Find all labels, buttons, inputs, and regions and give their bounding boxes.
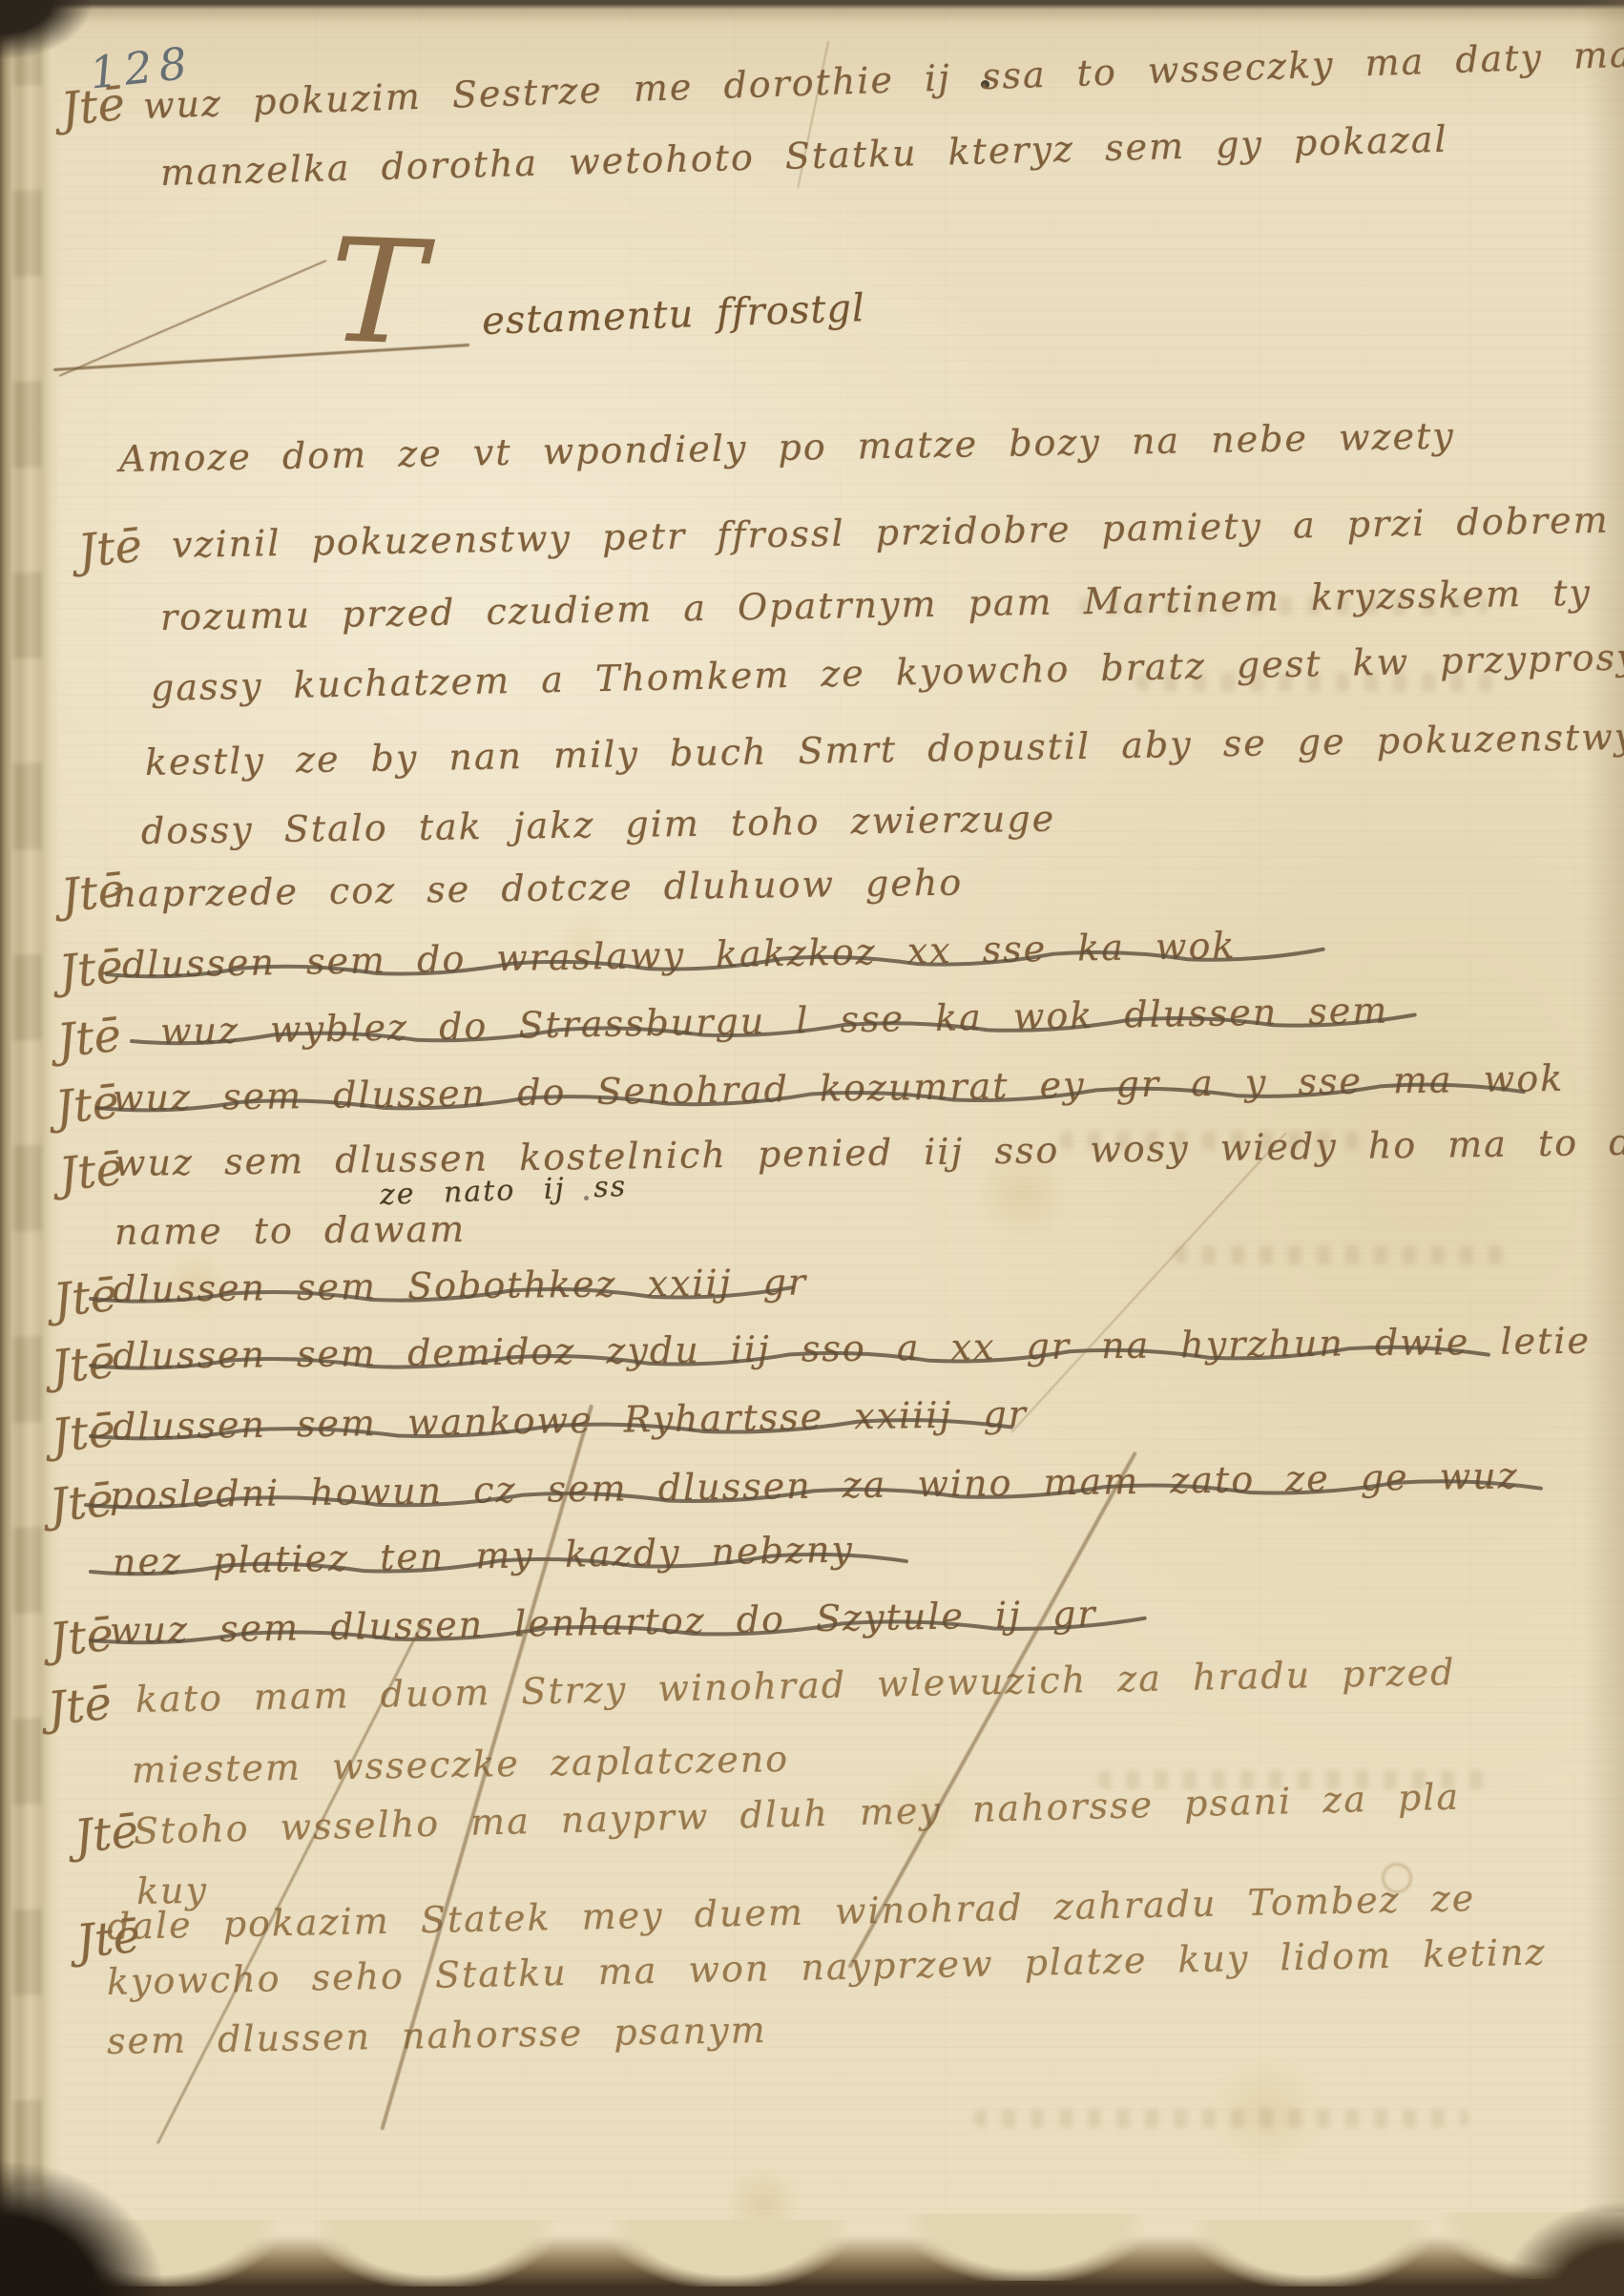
- heading-initial-letter: T: [326, 219, 427, 365]
- manuscript-line: kato mam duom Strzy winohrad wlewuzich z…: [135, 1654, 1456, 1718]
- torn-edge-bump: [1193, 2220, 1431, 2286]
- manuscript-line: dossy Stalo tak jakz gim toho zwierzuge: [141, 801, 1056, 849]
- manuscript-line: naprzede coz se dotcze dluhuow geho: [113, 865, 964, 912]
- torn-edge-bump: [611, 2220, 849, 2286]
- item-marker: Jtē: [76, 523, 145, 575]
- item-marker: Jtē: [57, 1146, 126, 1199]
- item-marker: Jtē: [59, 81, 128, 134]
- manuscript-line: Amoze dom ze vt wpondiely po matze bozy …: [119, 418, 1455, 477]
- bleedthrough-smudge: [973, 2109, 1469, 2128]
- bleedthrough-smudge: [1174, 1245, 1517, 1264]
- manuscript-line: name to dawam: [115, 1211, 466, 1250]
- manuscript-line: dale pokazim Statek mey duem winohrad za…: [107, 1880, 1476, 1945]
- heading-text: estamentu ffrostgl: [481, 289, 865, 341]
- manuscript-line: rozumu przed czudiem a Opatrnym pam Mart…: [160, 574, 1593, 636]
- torn-edge-bump: [315, 2220, 553, 2286]
- manuscript-line: kestly ze by nan mily buch Smrt dopustil…: [145, 719, 1624, 781]
- item-marker: Jtē: [59, 867, 128, 920]
- manuscript-line: gassy kuchatzem a Thomkem ze kyowcho bra…: [151, 638, 1624, 706]
- item-marker: Jtē: [55, 1012, 124, 1065]
- manuscript-line: wuz pokuzim Sestrze me dorothie ij ssa t…: [142, 35, 1624, 124]
- page-stack-edges: [13, 0, 42, 2296]
- manuscript-page: 128 T estamentu ffrostgl wuz pokuzim Ses…: [0, 0, 1624, 2296]
- strike-mark: [91, 1279, 802, 1315]
- dark-corner-bottom-left: [0, 2162, 162, 2296]
- item-marker: Jtē: [74, 1913, 143, 1966]
- torn-edge-bump: [906, 2214, 1145, 2281]
- manuscript-line: vzinil pokuzenstwy petr ffrossl przidobr…: [172, 502, 1610, 563]
- item-marker: Jtē: [46, 1680, 115, 1733]
- item-marker: Jtē: [73, 1808, 141, 1861]
- manuscript-line: ze nato ij ss: [379, 1173, 627, 1210]
- torn-edge-top: [0, 0, 1624, 25]
- cancel-slash: [1010, 1132, 1286, 1432]
- dark-corner-bottom-right: [1500, 2201, 1624, 2296]
- manuscript-line: kyowcho seho Statku ma won nayprzew plat…: [107, 1933, 1547, 2000]
- dark-corner-top-left: [0, 0, 92, 59]
- manuscript-line: Stoho wsselho ma nayprw dluh mey nahorss…: [134, 1779, 1461, 1849]
- manuscript-line: miestem wsseczke zaplatczeno: [132, 1741, 790, 1788]
- manuscript-line: wuz sem dlussen kostelnich penied iij ss…: [115, 1123, 1624, 1181]
